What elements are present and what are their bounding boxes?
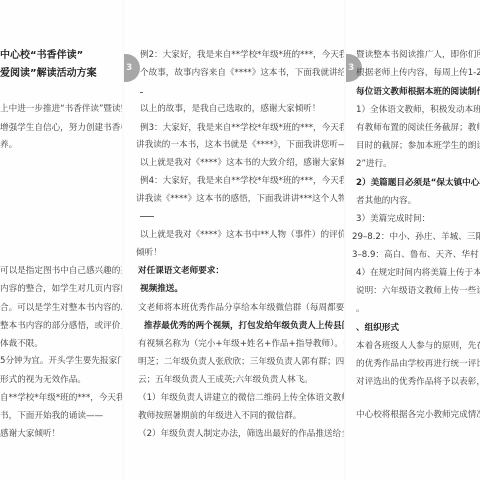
- section-heading: 对任课语文老师要求：: [138, 266, 224, 277]
- doc-text-line: 上中进一步推进“书香伴读”暨读整本: [0, 104, 122, 115]
- doc-text-line: 教师按照暑期前的年级进入不同的微信群。: [138, 411, 301, 422]
- doc-text-line: 增强学生自信心，努力创建书香校园和: [0, 123, 122, 134]
- doc-text-line: 云；五年级负责人王成英;六年级负责人林飞。: [138, 375, 313, 386]
- doc-text-line: 5分钟为宜。开头学生要先报家门，最: [0, 356, 122, 367]
- doc-text-line: 内容的整合，如学生对几页内容感兴趣: [0, 284, 122, 295]
- doc-text-line: 说明：六年级语文教师上传一些读书心: [356, 286, 480, 297]
- doc-text-line: 3）美篇完成时间：: [356, 214, 430, 225]
- doc-text-line: 自**学校*年级*班的***，今天我给大: [0, 393, 122, 404]
- doc-text-line: 可以是指定图书中自己感兴趣的某一片: [0, 266, 122, 277]
- dash-divider: [140, 216, 154, 217]
- doc-text-line: 例4：大家好，我是来自**学校*年级*班的***，今天我给大: [140, 176, 344, 187]
- doc-text-line: 例3：大家好，我是来自**学校*年级*班的***，今天我给大: [140, 123, 344, 134]
- section-heading: 每位语文教师根据本班的阅读制作美篇: [356, 87, 480, 98]
- doc-text-line: （2）年级负责人制定办法，筛选出最好的作品推送给全县“: [138, 429, 344, 440]
- doc-text-line: 合。可以是学生对整本书内容的总结: [0, 303, 122, 314]
- doc-text-line: 本着各班级人人参与的原则，先在班级: [356, 341, 480, 352]
- doc-text-line: 2”进行。: [356, 159, 392, 170]
- doc-text-line: 例2：大家好，我是来自**学校*年级*班的***，今天我给大: [140, 50, 344, 61]
- page-marker-icon: 3: [124, 54, 140, 82]
- doc-text-line: 整本书内容的部分感悟，或评价人物、: [0, 321, 122, 332]
- doc-text-line: 3–8.9：高白、鲁布、天齐、华村: [352, 250, 479, 261]
- doc-text-line: 明芝；二年级负责人张欣欣；三年级负责人郭有群；四年级: [138, 357, 344, 368]
- doc-text-line: 文老师将本班优秀作品分享给本年级微信群（每周都要上: [138, 303, 344, 314]
- doc-text-line: 以上的故事，是我自己选取的，感谢大家倾听！: [140, 104, 320, 115]
- doc-text-line: 形式的视为无效作品。: [0, 375, 86, 386]
- document-page-middle: 3 例2：大家好，我是来自**学校*年级*班的***，今天我给大 个故事，故事内…: [124, 0, 344, 480]
- doc-text-line: 有教师布置的阅读任务截屏；教师对的: [356, 123, 480, 134]
- doc-text-line: 以上就是我对《****》这本书的大致介绍，感谢大家倾听！: [140, 158, 344, 169]
- doc-text-line: 感谢大家倾听！: [0, 429, 60, 440]
- doc-text-line: 体裁不限。: [0, 339, 43, 350]
- doc-text-line: 的优秀作品由学校再进行统一评比。: [356, 359, 480, 370]
- doc-text-line: 根据老师上传内容，每周上传1-2次，: [356, 68, 480, 79]
- doc-text-line: 养。: [0, 140, 17, 151]
- doc-text-line: 推荐最优秀的两个视频，打包发给年级负责人上传县阅读平: [144, 321, 344, 332]
- doc-text-line: 书，下面开始我的诵读——: [0, 411, 103, 422]
- doc-text-line: 29–8.2：中小、孙庄、羊城、三阳、: [352, 232, 480, 243]
- doc-text-line: 讲我读《****》这本书的感悟，下面我讲讲***这个人物（事: [136, 194, 344, 205]
- doc-text-line: 1）全体语文教师，积极发动本班学生: [356, 105, 480, 116]
- doc-title-line-1: 中心校“书香伴读”: [0, 50, 83, 61]
- doc-text-line: 。: [356, 304, 365, 315]
- doc-text-line: 对评选出的优秀作品将予以表彰，颁发: [356, 377, 480, 388]
- document-page-left: 中心校“书香伴读” 爱阅读”解读活动方案 上中进一步推进“书香伴读”暨读整本 增…: [0, 0, 122, 480]
- section-heading: 、组织形式: [356, 323, 399, 334]
- doc-title-line-2: 爱阅读”解读活动方案: [0, 68, 97, 79]
- doc-text-line: 有视频名称为（完小+年级+姓名+作品+指导教师）。一年级: [138, 339, 344, 350]
- document-page-right: 3 暨读整本书阅读推广人，即你们所在 根据老师上传内容，每周上传1-2次， 每位…: [346, 0, 480, 480]
- doc-text-line: 倾听！: [136, 248, 162, 259]
- doc-text-line: 2）美篇题目必须是“保太镇中心校”: [356, 178, 480, 189]
- section-heading: 视频推送。: [140, 284, 183, 295]
- doc-text-line: 目时的截屏；参加本班学生的朗读视: [356, 141, 480, 152]
- doc-text-line: 暨读整本书阅读推广人，即你们所在: [356, 50, 480, 61]
- doc-text-line: 中心校将根据各完小教师完成情况，计: [356, 410, 480, 421]
- doc-text-line: 以上就是我对《****》这本书中**人物（事件）的评价，感: [140, 230, 344, 241]
- doc-text-line: 者其他的内容。: [356, 196, 416, 207]
- dash-divider: [140, 92, 143, 93]
- doc-text-line: （1）年级负责人讲建立的微信二维码上传全体语文教师群，: [138, 393, 344, 404]
- doc-text-line: 4）在规定时间内将美篇上传于本年级: [356, 268, 480, 279]
- doc-text-line: 讲我读的一本书，这本书就是《****》，下面我讲您听——: [136, 140, 344, 151]
- doc-text-line: 个故事，故事内容来自《****》这本书，下面我就讲给大家: [140, 68, 344, 79]
